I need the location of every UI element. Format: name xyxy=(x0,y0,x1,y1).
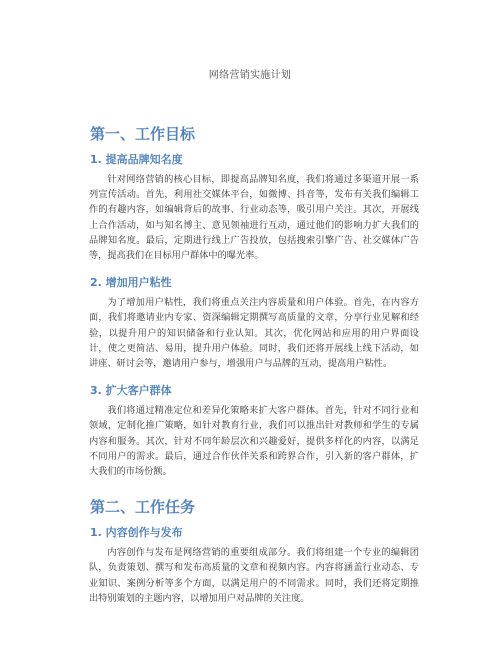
subsection-heading-brand-awareness: 1. 提高品牌知名度 xyxy=(90,152,414,172)
paragraph-brand-awareness: 针对网络营销的核心目标，即提高品牌知名度，我们将通过多渠道开展一系列宣传活动。首… xyxy=(89,172,419,263)
paragraph-content-creation: 内容创作与发布是网络营销的重要组成部分。我们将组建一个专业的编辑团队，负责策划、… xyxy=(89,545,419,606)
document-content: 第一、工作目标 1. 提高品牌知名度 针对网络营销的核心目标，即提高品牌知名度，… xyxy=(90,124,414,606)
subsection-heading-content-creation: 1. 内容创作与发布 xyxy=(90,525,414,545)
section-heading-work-tasks: 第二、工作任务 xyxy=(90,497,414,519)
paragraph-user-stickiness: 为了增加用户粘性，我们将重点关注内容质量和用户体验。首先，在内容方面，我们将邀请… xyxy=(89,295,419,371)
subsection-heading-expand-customers: 3. 扩大客户群体 xyxy=(90,383,414,403)
document-title: 网络营销实施计划 xyxy=(0,66,500,81)
document-page: 网络营销实施计划 第一、工作目标 1. 提高品牌知名度 针对网络营销的核心目标，… xyxy=(0,0,500,647)
paragraph-expand-customers: 我们将通过精准定位和差异化策略来扩大客户群体。首先，针对不同行业和领域，定制化推… xyxy=(89,403,419,479)
subsection-heading-user-stickiness: 2. 增加用户粘性 xyxy=(90,275,414,295)
section-heading-work-goals: 第一、工作目标 xyxy=(90,124,414,146)
